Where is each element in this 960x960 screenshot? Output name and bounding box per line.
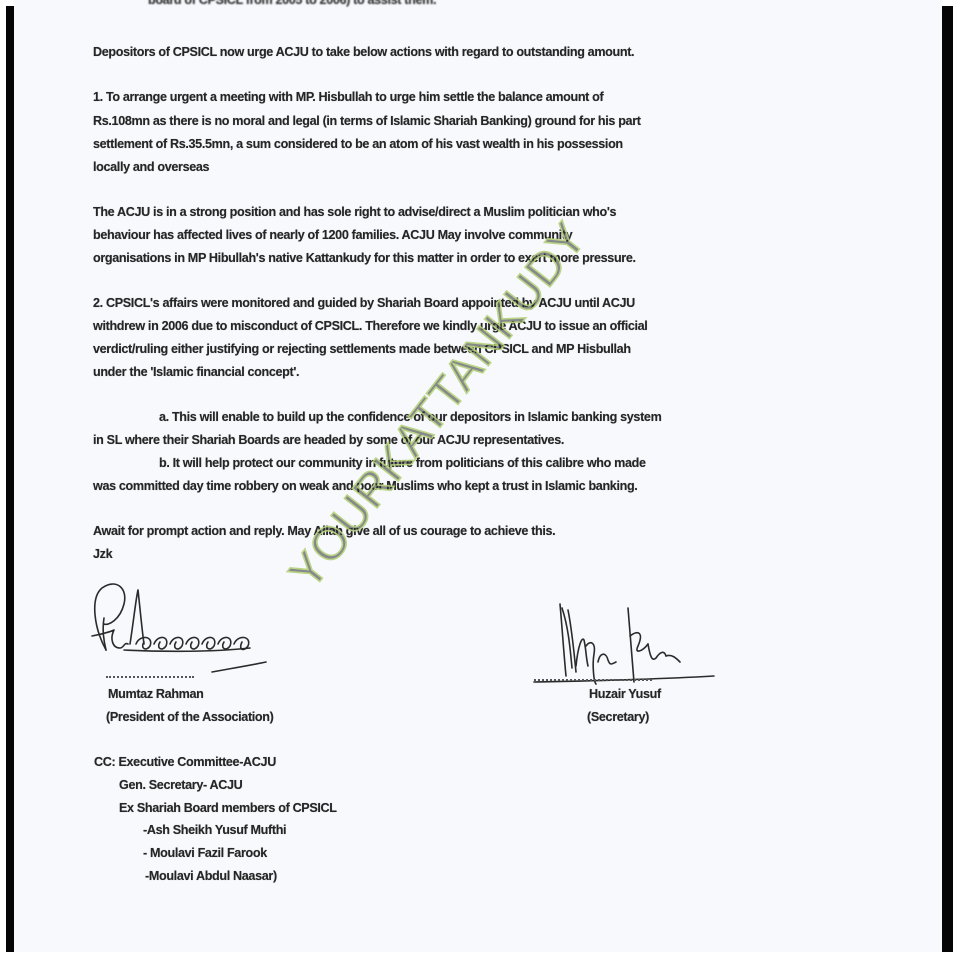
sub-point-a-line: a. This will enable to build up the conf… (159, 409, 661, 425)
letter-body: board of CPSICL from 2005 to 2006) to as… (14, 0, 942, 952)
point-1-line: Rs.108mn as there is no moral and legal … (93, 113, 641, 129)
cc-item: Gen. Secretary- ACJU (119, 777, 242, 793)
cc-item: -Ash Sheikh Yusuf Mufthi (143, 822, 286, 838)
president-name: Mumtaz Rahman (108, 686, 204, 702)
signature-line-secretary (534, 679, 652, 681)
secretary-name: Huzair Yusuf (589, 686, 661, 702)
point-2-line: verdict/ruling either justifying or reje… (93, 341, 631, 357)
cc-item: -Moulavi Abdul Naasar) (145, 868, 277, 884)
point-1-line: locally and overseas (93, 159, 209, 175)
acju-paragraph-line: behaviour has affected lives of nearly o… (93, 227, 572, 243)
cc-item: Ex Shariah Board members of CPSICL (119, 800, 337, 816)
signoff: Jzk (93, 546, 112, 562)
right-frame-border (942, 6, 953, 952)
point-2-line: under the 'Islamic financial concept'. (93, 364, 299, 380)
watermark: YOURKATTANKUDY (278, 211, 597, 598)
signature-secretary (524, 596, 734, 686)
president-title: (President of the Association) (106, 709, 273, 725)
secretary-title: (Secretary) (587, 709, 649, 725)
cc-item: CC: Executive Committee-ACJU (94, 754, 276, 770)
left-frame-border (6, 6, 14, 952)
cutoff-line: board of CPSICL from 2005 to 2006) to as… (148, 0, 436, 8)
sub-point-b-line: was committed day time robbery on weak a… (93, 478, 637, 494)
point-1-line: 1. To arrange urgent a meeting with MP. … (93, 89, 603, 105)
signature-line-president (106, 676, 194, 678)
point-1-line: settlement of Rs.35.5mn, a sum considere… (93, 136, 623, 152)
point-2-line: withdrew in 2006 due to misconduct of CP… (93, 318, 647, 334)
closing-line: Await for prompt action and reply. May A… (93, 523, 555, 539)
intro-paragraph: Depositors of CPSICL now urge ACJU to ta… (93, 44, 634, 60)
cc-item: - Moulavi Fazil Farook (143, 845, 267, 861)
sub-point-b-line: b. It will help protect our community in… (159, 455, 646, 471)
acju-paragraph-line: The ACJU is in a strong position and has… (93, 204, 616, 220)
scanned-letter-page: board of CPSICL from 2005 to 2006) to as… (14, 0, 942, 952)
sub-point-a-line: in SL where their Shariah Boards are hea… (93, 432, 564, 448)
point-2-line: 2. CPSICL's affairs were monitored and g… (93, 295, 635, 311)
acju-paragraph-line: organisations in MP Hibullah's native Ka… (93, 250, 636, 266)
signature-president (84, 578, 314, 678)
